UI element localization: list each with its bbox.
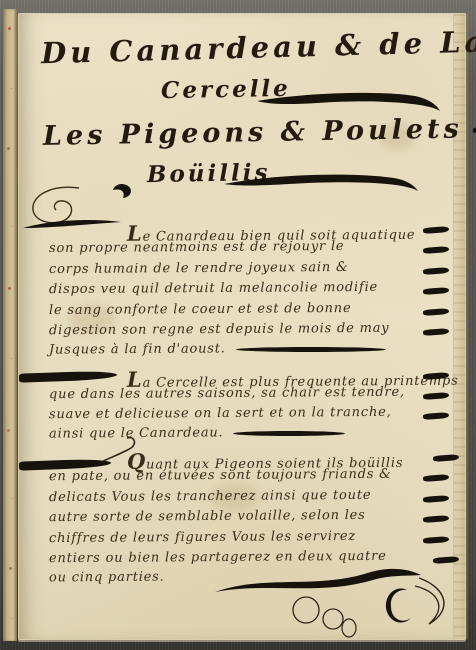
title-line-1-text: Du Canardeau & de La bbox=[41, 25, 476, 71]
manuscript-line: en pate, ou en étuvées sont toujours fri… bbox=[49, 468, 449, 488]
manuscript-line: suave et delicieuse on la sert et on la … bbox=[49, 406, 449, 426]
line-text: autre sorte de semblable volaille, selon… bbox=[49, 508, 366, 525]
line-filler-icon bbox=[423, 246, 449, 254]
manuscript-line: Quant aux Pigeons soient ils boüillis bbox=[49, 448, 449, 468]
line-text: son propre neantmoins est de rejouyr le bbox=[49, 239, 344, 256]
line-filler-icon bbox=[423, 392, 449, 400]
manuscript-line: Jusques à la fin d'aoust. bbox=[49, 342, 449, 362]
line-text: corps humain de le rendre joyeux sain & bbox=[49, 260, 348, 277]
page-stack-edge bbox=[453, 14, 465, 639]
manuscript-line: que dans les autres saisons, sa chair es… bbox=[49, 386, 449, 406]
book-photo: Du Canardeau & de La Cercelle Les Pigeon… bbox=[0, 0, 476, 650]
manuscript-line: corps humain de le rendre joyeux sain & bbox=[49, 261, 449, 281]
line-filler-icon bbox=[423, 495, 449, 503]
spine-page-edge bbox=[3, 9, 17, 641]
title-line-1: Du Canardeau & de La bbox=[41, 24, 476, 71]
line-text: en pate, ou en étuvées sont toujours fri… bbox=[49, 467, 392, 484]
line-text: suave et delicieuse on la sert et on la … bbox=[49, 405, 392, 422]
manuscript-line: delicats Vous les trancherez ainsi que t… bbox=[49, 489, 449, 509]
manuscript-line: le sang conforte le coeur et est de bonn… bbox=[49, 302, 449, 322]
manuscript-line: autre sorte de semblable volaille, selon… bbox=[49, 509, 449, 529]
line-filler-icon bbox=[423, 287, 449, 295]
line-filler-icon bbox=[423, 226, 449, 234]
foxing-speckles bbox=[8, 27, 11, 30]
line-filler-icon bbox=[423, 474, 449, 482]
manuscript-line: Le Canardeau bien quil soit aquatique bbox=[49, 220, 449, 240]
manuscript-line: dispos veu quil detruit la melancolie mo… bbox=[49, 281, 449, 301]
title-swash-icon bbox=[257, 90, 443, 112]
line-text: ou cinq parties. bbox=[49, 570, 165, 586]
line-filler-icon bbox=[423, 328, 449, 336]
manuscript-line: chiffres de leurs figures Vous les servi… bbox=[49, 530, 449, 550]
title-swash-icon bbox=[224, 172, 420, 192]
manuscript-line: son propre neantmoins est de rejouyr le bbox=[49, 240, 449, 260]
line-text: le sang conforte le coeur et est de bonn… bbox=[49, 301, 352, 318]
line-text: delicats Vous les trancherez ainsi que t… bbox=[49, 488, 371, 505]
line-text: digestion son regne est depuis le mois d… bbox=[49, 321, 389, 338]
line-filler-icon bbox=[423, 412, 449, 420]
paragraph-1: Le Canardeau bien quil soit aquatique so… bbox=[49, 220, 449, 363]
line-filler-icon bbox=[423, 515, 449, 523]
paragraph-rule-icon bbox=[236, 347, 386, 352]
title-line-3: Les Pigeons & Poulets bbox=[43, 113, 476, 152]
line-text: Jusques à la fin d'aoust. bbox=[49, 342, 226, 358]
line-filler-icon bbox=[423, 536, 449, 544]
line-text: que dans les autres saisons, sa chair es… bbox=[49, 385, 405, 402]
line-text: dispos veu quil detruit la melancolie mo… bbox=[49, 280, 378, 297]
paragraph-rule-icon bbox=[233, 431, 345, 436]
line-filler-icon bbox=[423, 308, 449, 316]
line-text: chiffres de leurs figures Vous les servi… bbox=[49, 528, 356, 545]
line-filler-icon bbox=[423, 267, 449, 275]
bottom-flourish-icon bbox=[211, 562, 459, 638]
manuscript-page: Du Canardeau & de La Cercelle Les Pigeon… bbox=[18, 13, 466, 640]
manuscript-line: digestion son regne est depuis le mois d… bbox=[49, 322, 449, 342]
manuscript-line: La Cercelle est plus frequente au printe… bbox=[49, 366, 449, 386]
